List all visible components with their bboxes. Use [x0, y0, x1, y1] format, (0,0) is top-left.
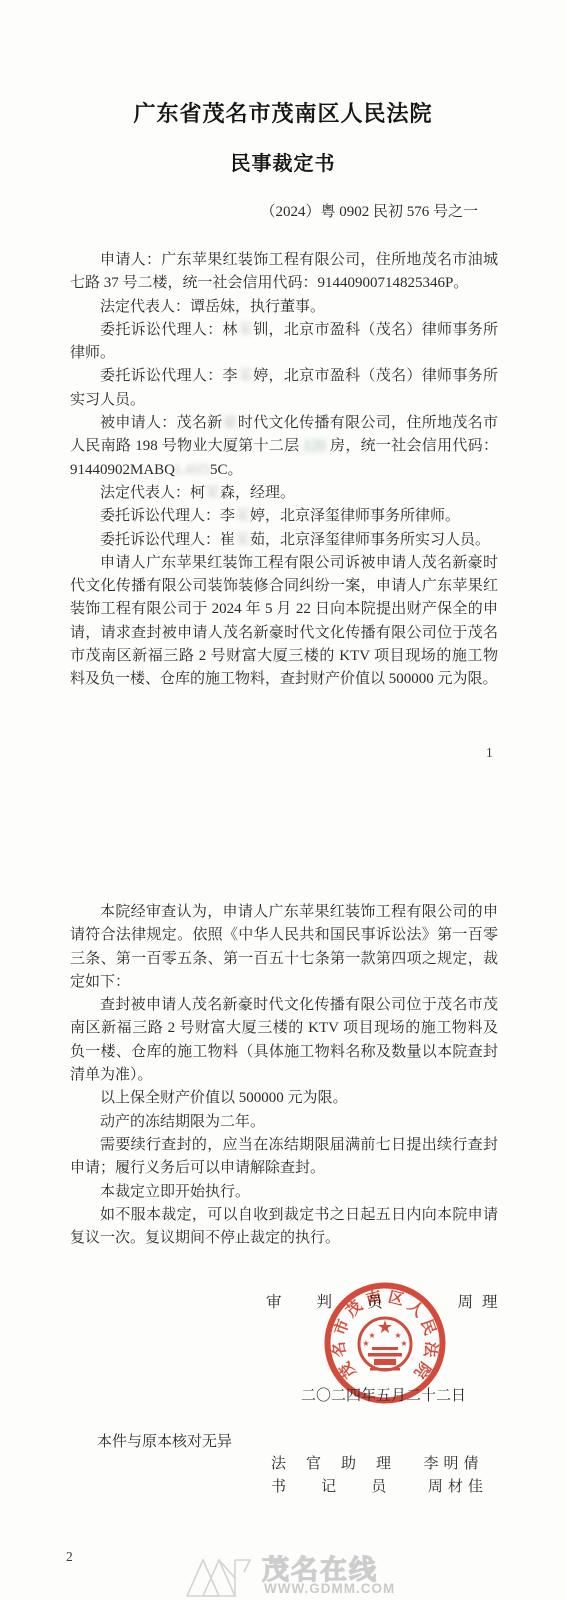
paragraph: 需要续行查封的，应当在冻结期限届满前七日提出续行查封申请；履行义务后可以申请解除…: [70, 1134, 498, 1181]
redacted-text: 某: [235, 508, 250, 524]
text-segment: 法定代表人：谭岳妹，执行董事。: [100, 299, 325, 315]
redacted-text: L4H5: [175, 462, 210, 478]
text-segment: 以上保全财产价值以 500000 元为限。: [100, 1090, 348, 1106]
text-segment: 法定代表人：柯: [100, 485, 205, 501]
svg-text:法: 法: [420, 1340, 440, 1358]
page2-body: 本院经审查认为，申请人广东苹果红装饰工程有限公司的申请符合法律规定。依照《中华人…: [70, 901, 498, 1250]
text-segment: 需要续行查封的，应当在冻结期限届满前七日提出续行查封申请；履行义务后可以申请解除…: [70, 1137, 498, 1176]
text-segment: 查封被申请人茂名新豪时代文化传播有限公司位于茂名市茂南区新福三路 2 号财富大厦…: [70, 997, 498, 1083]
text-segment: 本裁定立即开始执行。: [100, 1184, 250, 1200]
page-number-1: 1: [486, 745, 493, 761]
text-segment: 动产的冻结期限为二年。: [100, 1114, 265, 1130]
text-segment: 5C。: [210, 462, 243, 478]
text-segment: 委托诉讼代理人：李: [100, 508, 235, 524]
paragraph: 委托诉讼代理人：崔某茹，北京泽玺律师事务所实习人员。: [70, 529, 498, 552]
paragraph: 查封被申请人茂名新豪时代文化传播有限公司位于茂名市茂南区新福三路 2 号财富大厦…: [70, 994, 498, 1087]
redacted-text: 某: [238, 322, 253, 338]
redacted-text: 豪: [223, 415, 238, 431]
paragraph: 委托诉讼代理人：林某钏，北京市盈科（茂名）律师事务所律师。: [70, 319, 498, 366]
assistant-role-label: 法 官 助 理: [271, 1456, 394, 1472]
watermark-logo-icon: [184, 1552, 256, 1600]
paragraph: 申请人广东苹果红装饰工程有限公司诉被申请人茂名新豪时代文化传播有限公司装饰装修合…: [70, 552, 498, 692]
court-name: 广东省茂名市茂南区人民法院: [0, 97, 566, 128]
page1-body: 申请人：广东苹果红装饰工程有限公司，住所地茂名市油城七路 37 号二楼，统一社会…: [70, 249, 498, 692]
text-segment: 森，经理。: [220, 485, 295, 501]
text-segment: 如不服本裁定，可以自收到裁定书之日起五日内向本院申请复议一次。复议期间不停止裁定…: [70, 1207, 498, 1246]
page-number-2: 2: [66, 1549, 73, 1565]
paragraph: 法定代表人：柯某森，经理。: [70, 482, 498, 505]
judge-assistant-line: 法 官 助 理李明倩: [271, 1452, 484, 1473]
text-segment: 婷，北京泽玺律师事务所律师。: [250, 508, 460, 524]
verification-note: 本件与原本核对无异: [97, 1430, 232, 1451]
document-page: 广东省茂名市茂南区人民法院 民事裁定书 （2024）粤 0902 民初 576 …: [0, 0, 566, 1600]
watermark-site-url: WWW.GDMM.COM: [264, 1581, 395, 1596]
paragraph: 如不服本裁定，可以自收到裁定书之日起五日内向本院申请复议一次。复议期间不停止裁定…: [70, 1204, 498, 1251]
text-segment: 委托诉讼代理人：崔: [100, 532, 235, 548]
paragraph: 以上保全财产价值以 500000 元为限。: [70, 1087, 498, 1110]
text-segment: 被申请人：茂名新: [100, 415, 223, 431]
text-segment: 茹，北京泽玺律师事务所实习人员。: [250, 532, 490, 548]
paragraph: 本裁定立即开始执行。: [70, 1181, 498, 1204]
paragraph: 委托诉讼代理人：李某婷，北京泽玺律师事务所律师。: [70, 505, 498, 528]
text-segment: 本院经审查认为，申请人广东苹果红装饰工程有限公司的申请符合法律规定。依照《中华人…: [70, 904, 498, 990]
document-type-title: 民事裁定书: [0, 147, 566, 176]
svg-text:★: ★: [377, 1317, 393, 1337]
paragraph: 委托诉讼代理人：李某婷，北京市盈科（茂名）律师事务所实习人员。: [70, 365, 498, 412]
text-segment: 申请人：广东苹果红装饰工程有限公司，住所地茂名市油城七路 37 号二楼，统一社会…: [70, 252, 498, 291]
case-number: （2024）粤 0902 民初 576 号之一: [260, 200, 478, 221]
redacted-text: 某: [238, 368, 253, 384]
paragraph: 法定代表人：谭岳妹，执行董事。: [70, 296, 498, 319]
ruling-date: 二〇二四年五月二十二日: [301, 1384, 466, 1405]
judge-name: 周理: [458, 1294, 507, 1311]
clerk-name: 周材佳: [428, 1479, 488, 1495]
redacted-text: 某: [205, 485, 220, 501]
svg-text:★: ★: [362, 1339, 369, 1348]
svg-text:区: 区: [386, 1288, 406, 1309]
paragraph: 申请人：广东苹果红装饰工程有限公司，住所地茂名市油城七路 37 号二楼，统一社会…: [70, 249, 498, 296]
text-segment: 申请人广东苹果红装饰工程有限公司诉被申请人茂名新豪时代文化传播有限公司装饰装修合…: [70, 555, 498, 687]
assistant-name: 李明倩: [424, 1456, 484, 1472]
clerk-line: 书 记 员周材佳: [271, 1475, 488, 1496]
redacted-text: 某: [235, 532, 250, 548]
text-segment: 委托诉讼代理人：林: [100, 322, 238, 338]
national-emblem-icon: ★ ★ ★ ★ ★: [359, 1317, 411, 1371]
paragraph: 动产的冻结期限为二年。: [70, 1111, 498, 1134]
paragraph: 被申请人：茂名新豪时代文化传播有限公司，住所地茂名市人民南路 198 号物业大厦…: [70, 412, 498, 482]
svg-text:★: ★: [400, 1339, 407, 1348]
svg-text:名: 名: [328, 1340, 349, 1358]
redacted-text: 120: [303, 438, 326, 454]
paragraph: 本院经审查认为，申请人广东苹果红装饰工程有限公司的申请符合法律规定。依照《中华人…: [70, 901, 498, 994]
clerk-role-label: 书 记 员: [271, 1479, 388, 1495]
text-segment: 委托诉讼代理人：李: [100, 368, 238, 384]
